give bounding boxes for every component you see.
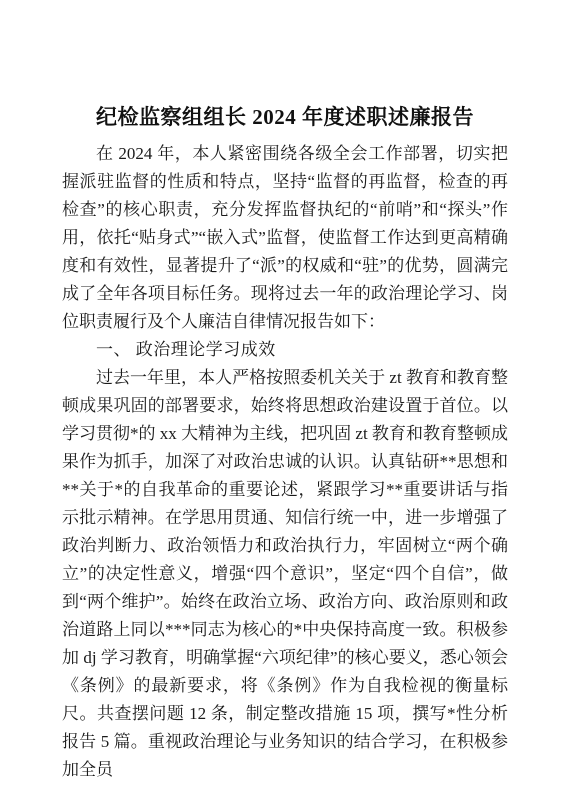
document-title: 纪检监察组组长 2024 年度述职述廉报告 xyxy=(62,102,508,132)
document-page: 纪检监察组组长 2024 年度述职述廉报告 在 2024 年，本人紧密围绕各级全… xyxy=(0,0,570,807)
section-heading-political-theory: 一、 政治理论学习成效 xyxy=(62,336,508,364)
paragraph-political-theory-study: 过去一年里，本人严格按照委机关关于 zt 教育和教育整顿成果巩固的部署要求，始终… xyxy=(62,364,508,784)
paragraph-intro: 在 2024 年，本人紧密围绕各级全会工作部署，切实把握派驻监督的性质和特点，坚… xyxy=(62,140,508,336)
